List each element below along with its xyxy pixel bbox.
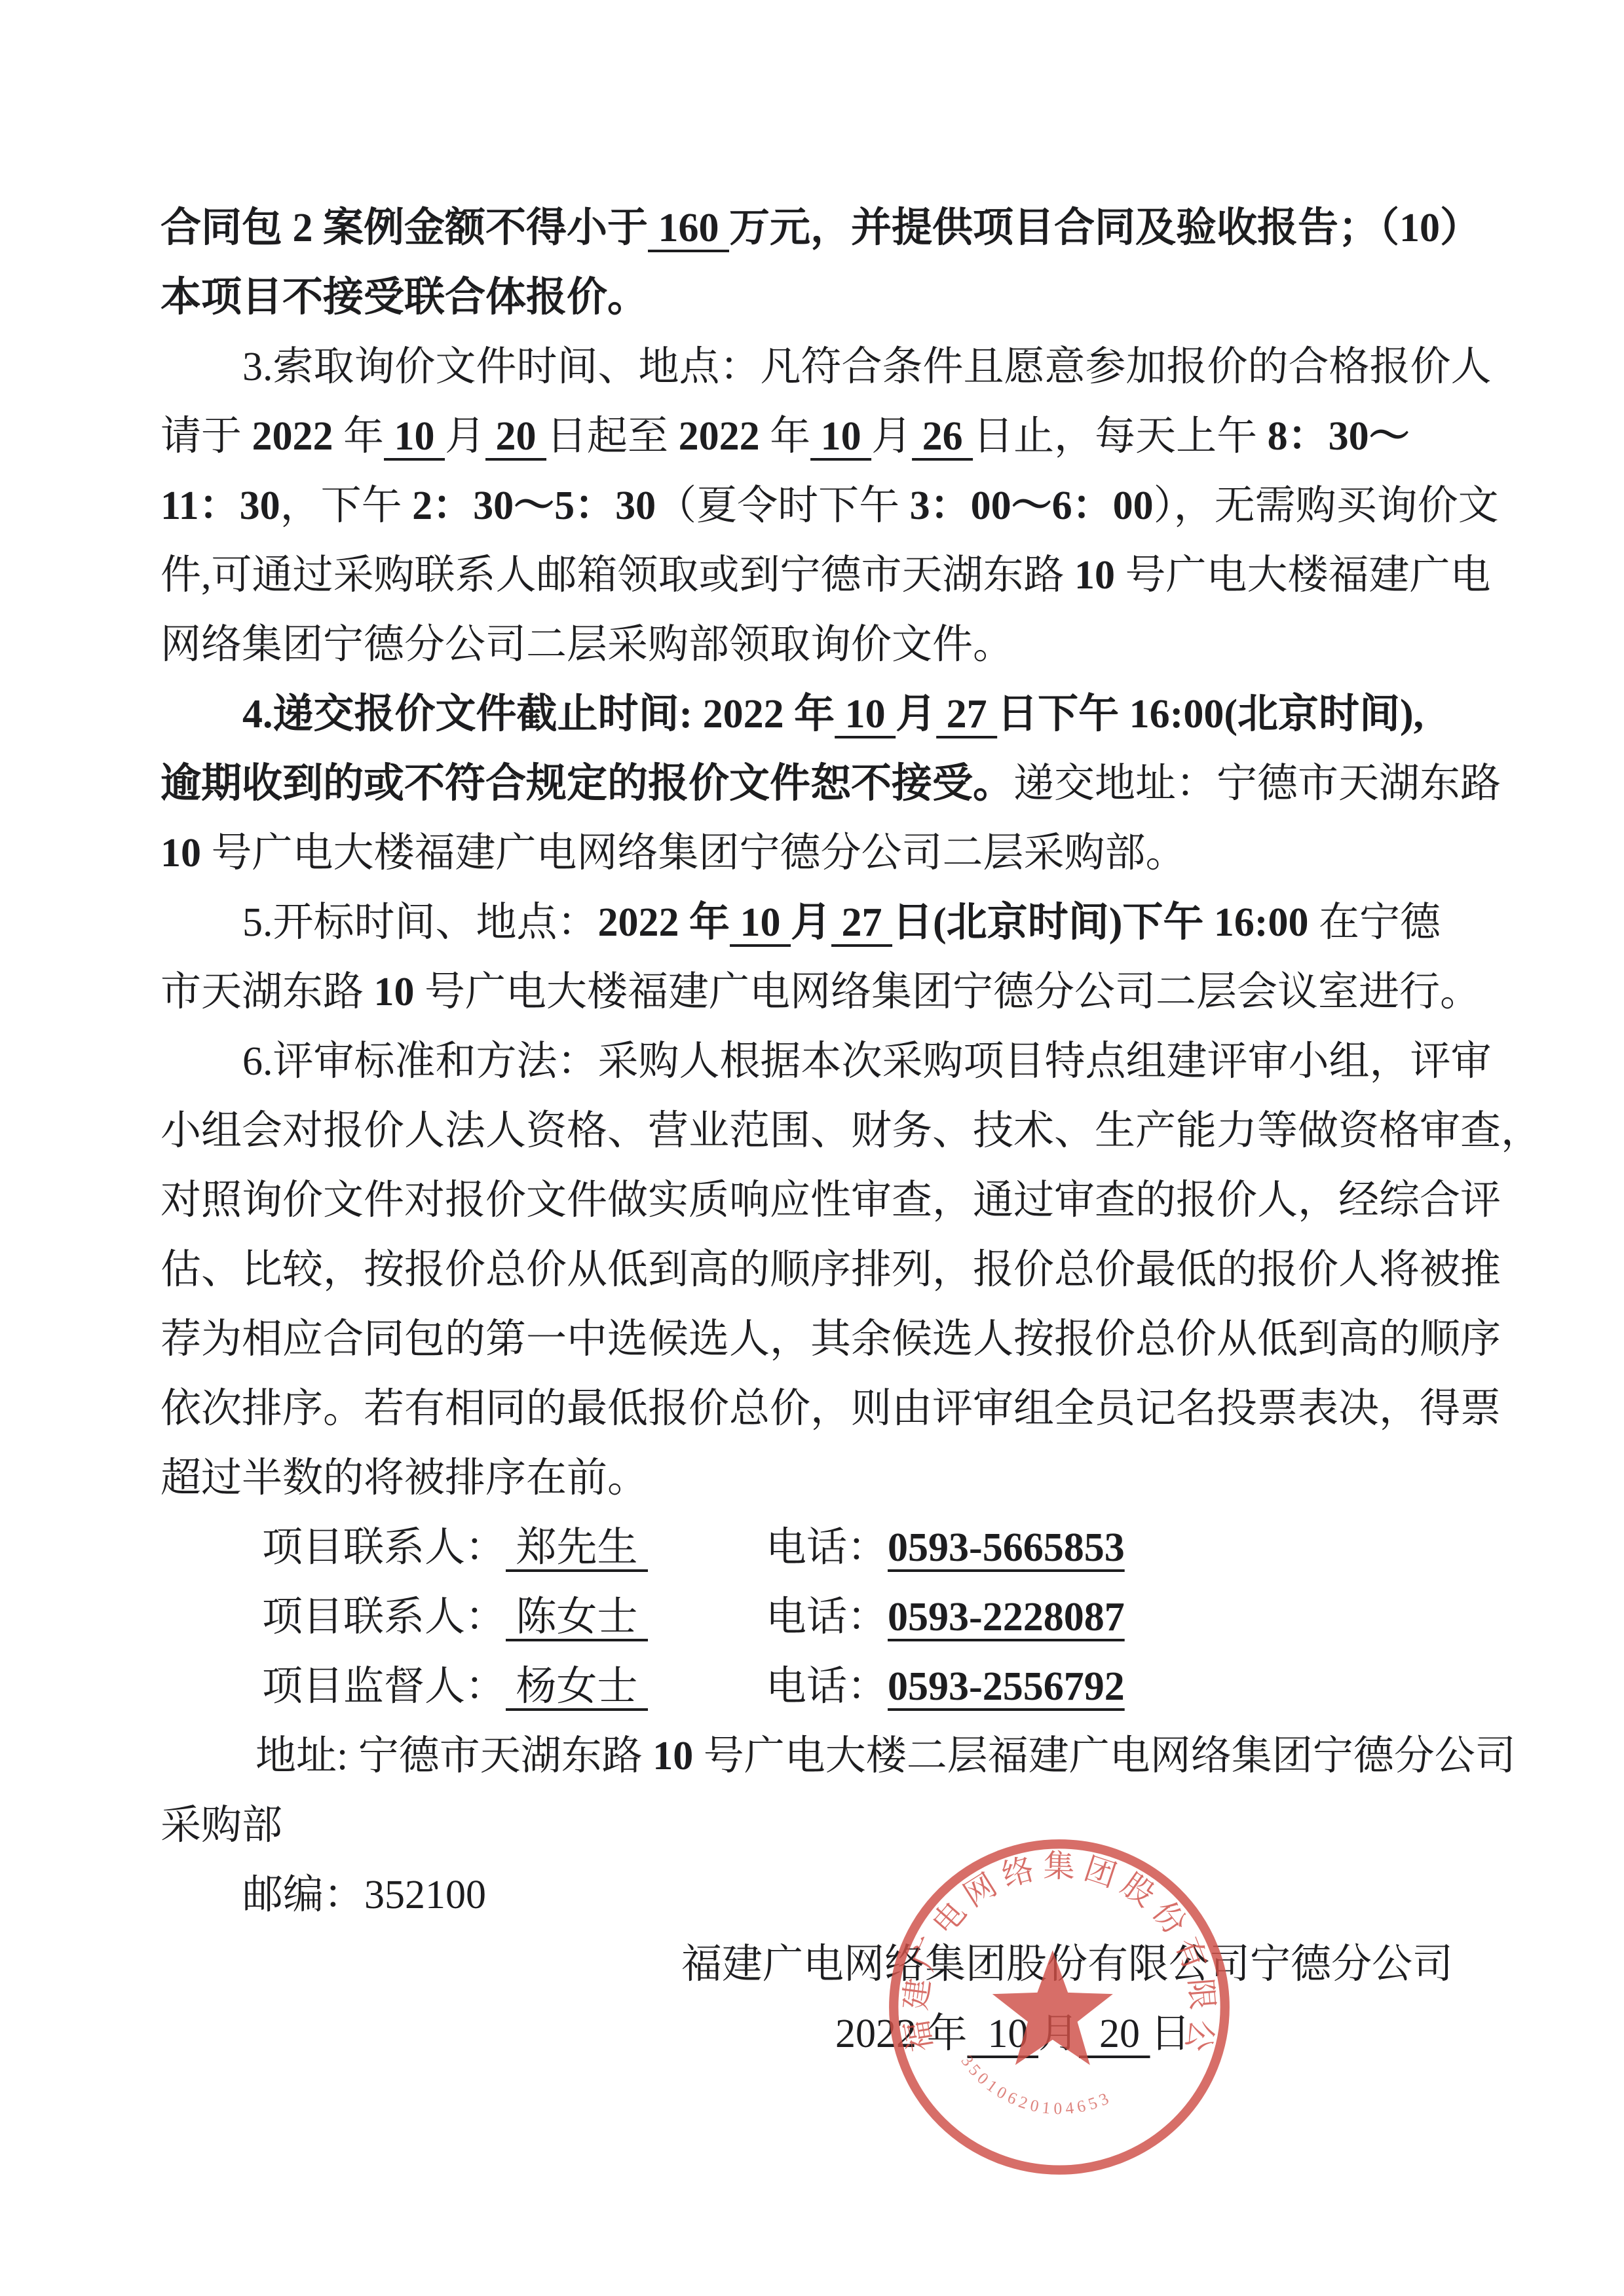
- text-run: 逾期收到的或不符合规定的报价文件恕不接受。: [161, 761, 1013, 806]
- text-run: 10: [968, 2012, 1039, 2056]
- doc-line: 依次排序。若有相同的最低报价总价，则由评审组全员记名投票表决，得票: [161, 1374, 1467, 1444]
- text-run: 年: [760, 414, 811, 459]
- text-run: 0593-2228087: [888, 1595, 1125, 1639]
- text-run: 27: [936, 692, 997, 737]
- doc-line: 合同包 2 案例金额不得小于 160 万元，并提供项目合同及验收报告；（10）: [161, 193, 1467, 263]
- text-run: 郑先生: [506, 1525, 648, 1570]
- document-body: 合同包 2 案例金额不得小于 160 万元，并提供项目合同及验收报告；（10）本…: [161, 193, 1467, 2069]
- text-run: 2022 年: [598, 900, 730, 945]
- text-run: 10: [161, 831, 201, 875]
- doc-line: 6.评审标准和方法：采购人根据本次采购项目特点组建评审小组，评审: [161, 1027, 1467, 1096]
- text-run: 0593-5665853: [888, 1525, 1125, 1570]
- text-run: 件,可通过采购联系人邮箱领取或到宁德市天湖东路: [161, 553, 1074, 598]
- text-run: 项目联系人：: [262, 1595, 506, 1639]
- text-run: 0593-2556792: [888, 1664, 1125, 1709]
- doc-line: 对照询价文件对报价文件做实质响应性审查，通过审查的报价人，经综合评: [161, 1166, 1467, 1235]
- text-run: 号广电大楼福建广电网络集团宁德分公司二层会议室进行。: [415, 970, 1481, 1014]
- text-run: 20: [485, 414, 546, 459]
- text-run: 2：30～5：30: [412, 484, 656, 528]
- text-run: 8：30～: [1268, 414, 1410, 459]
- text-run: 4.递交报价文件截止时间: 2022 年: [242, 692, 835, 737]
- text-run: 10: [810, 414, 871, 459]
- text-run: 电话：: [766, 1525, 888, 1570]
- doc-line: 逾期收到的或不符合规定的报价文件恕不接受。递交地址：宁德市天湖东路: [161, 749, 1467, 818]
- text-run: 10: [1074, 553, 1115, 598]
- text-run: 网络集团宁德分公司二层采购部领取询价文件。: [161, 622, 1013, 667]
- document-page: 合同包 2 案例金额不得小于 160 万元，并提供项目合同及验收报告；（10）本…: [0, 0, 1624, 2296]
- text-run: 项目监督人：: [262, 1664, 506, 1709]
- doc-line: 项目联系人： 郑先生 电话：0593-5665853: [161, 1513, 1467, 1582]
- text-run: 2022: [679, 414, 760, 459]
- text-run: 2022: [252, 414, 333, 459]
- doc-line: 地址: 宁德市天湖东路 10 号广电大楼二层福建广电网络集团宁德分公司: [161, 1721, 1467, 1791]
- text-run: 月: [871, 414, 912, 459]
- text-run: 杨女士: [506, 1664, 648, 1709]
- doc-line: 5.开标时间、地点：2022 年 10 月 27 日(北京时间)下午 16:00…: [161, 888, 1467, 957]
- doc-line: 市天湖东路 10 号广电大楼福建广电网络集团宁德分公司二层会议室进行。: [161, 957, 1467, 1027]
- text-run: 地址: 宁德市天湖东路: [255, 1734, 652, 1778]
- text-run: 日起至: [546, 414, 679, 459]
- text-run: 6.评审标准和方法：采购人根据本次采购项目特点组建评审小组，评审: [242, 1039, 1492, 1084]
- doc-line: 项目监督人： 杨女士 电话：0593-2556792: [161, 1652, 1467, 1721]
- text-run: 10: [652, 1734, 693, 1778]
- doc-line: 超过半数的将被排序在前。: [161, 1444, 1467, 1513]
- text-run: 3：00～6：00: [910, 484, 1154, 528]
- text-run: 合同包 2 案例金额不得小于: [161, 206, 648, 250]
- text-run: 月: [445, 414, 485, 459]
- text-run: 万元，并提供项目合同及验收报告；（10）: [729, 206, 1481, 250]
- text-run: 日止，每天上午: [973, 414, 1268, 459]
- doc-line: 荐为相应合同包的第一中选候选人，其余候选人按报价总价从低到高的顺序: [161, 1305, 1467, 1374]
- text-run: 27: [831, 900, 892, 945]
- doc-line: 10 号广电大楼福建广电网络集团宁德分公司二层采购部。: [161, 818, 1467, 888]
- doc-line: 项目联系人： 陈女士 电话：0593-2228087: [161, 1582, 1467, 1652]
- doc-line: 请于 2022 年 10 月 20 日起至 2022 年 10 月 26 日止，…: [161, 402, 1467, 471]
- text-run: 电话：: [766, 1595, 888, 1639]
- text-run: 请于: [161, 414, 252, 459]
- text-run: 本项目不接受联合体报价。: [161, 275, 648, 320]
- doc-line: 小组会对报价人法人资格、营业范围、财务、技术、生产能力等做资格审查，: [161, 1096, 1467, 1166]
- text-run: 依次排序。若有相同的最低报价总价，则由评审组全员记名投票表决，得票: [161, 1387, 1501, 1431]
- text-run: 10: [384, 414, 445, 459]
- text-run: 项目联系人：: [262, 1525, 506, 1570]
- text-run: 采购部: [161, 1803, 282, 1848]
- text-run: 小组会对报价人法人资格、营业范围、财务、技术、生产能力等做资格审查，: [161, 1109, 1541, 1153]
- text-run: 月: [791, 900, 831, 945]
- text-run: 11：30: [161, 484, 280, 528]
- doc-line: 11：30，下午 2：30～5：30（夏令时下午 3：00～6：00），无需购买…: [161, 471, 1467, 541]
- text-run: 月: [1038, 2012, 1079, 2056]
- text-run: （夏令时下午: [656, 484, 910, 528]
- doc-line: 采购部: [161, 1791, 1467, 1860]
- text-run: 递交地址：宁德市天湖东路: [1013, 761, 1501, 806]
- text-run: 荐为相应合同包的第一中选候选人，其余候选人按报价总价从低到高的顺序: [161, 1317, 1501, 1362]
- text-run: ，下午: [280, 484, 413, 528]
- text-run: 年: [333, 414, 385, 459]
- doc-line: 4.递交报价文件截止时间: 2022 年 10 月 27 日下午 16:00(北…: [161, 679, 1467, 749]
- doc-line: 估、比较，按报价总价从低到高的顺序排列，报价总价最低的报价人将被推: [161, 1235, 1467, 1305]
- text-run: 电话：: [766, 1664, 888, 1709]
- text-run: 号广电大楼福建广电: [1115, 553, 1491, 598]
- text-run: 10: [730, 900, 791, 945]
- doc-line: 3.索取询价文件时间、地点：凡符合条件且愿意参加报价的合格报价人: [161, 332, 1467, 402]
- doc-line: 2022 年 10 月 20 日: [161, 1999, 1467, 2069]
- doc-line: 本项目不接受联合体报价。: [161, 263, 1467, 332]
- text-run: 号广电大楼福建广电网络集团宁德分公司二层采购部。: [201, 831, 1186, 875]
- text-run: 10: [835, 692, 896, 737]
- text-run: 超过半数的将被排序在前。: [161, 1456, 648, 1501]
- text-run: 在宁德: [1319, 900, 1441, 945]
- text-run: 陈女士: [506, 1595, 648, 1639]
- doc-line: 邮编：352100: [161, 1860, 1467, 1930]
- text-run: 160: [648, 206, 729, 250]
- text-run: ），无需购买询价文: [1154, 484, 1499, 528]
- text-run: 对照询价文件对报价文件做实质响应性审查，通过审查的报价人，经综合评: [161, 1178, 1501, 1223]
- text-run: 市天湖东路: [161, 970, 374, 1014]
- text-run: 福建广电网络集团股份有限公司宁德分公司: [681, 1942, 1453, 1987]
- text-run: 日下午 16:00(北京时间),: [997, 692, 1424, 737]
- text-run: 20: [1079, 2012, 1150, 2056]
- doc-line: 福建广电网络集团股份有限公司宁德分公司: [161, 1930, 1467, 1999]
- text-run: 号广电大楼二层福建广电网络集团宁德分公司: [693, 1734, 1516, 1778]
- doc-line: 网络集团宁德分公司二层采购部领取询价文件。: [161, 610, 1467, 679]
- text-run: 日: [1150, 2012, 1191, 2056]
- text-run: 估、比较，按报价总价从低到高的顺序排列，报价总价最低的报价人将被推: [161, 1248, 1501, 1292]
- text-run: 邮编：352100: [242, 1873, 486, 1917]
- text-run: 3.索取询价文件时间、地点：凡符合条件且愿意参加报价的合格报价人: [242, 345, 1492, 389]
- text-run: 26: [912, 414, 973, 459]
- text-run: 10: [374, 970, 415, 1014]
- text-run: 5.开标时间、地点：: [242, 900, 598, 945]
- text-run: 2022 年: [835, 2012, 968, 2056]
- text-run: 月: [896, 692, 936, 737]
- doc-line: 件,可通过采购联系人邮箱领取或到宁德市天湖东路 10 号广电大楼福建广电: [161, 541, 1467, 610]
- text-run: 日(北京时间)下午 16:00: [892, 900, 1319, 945]
